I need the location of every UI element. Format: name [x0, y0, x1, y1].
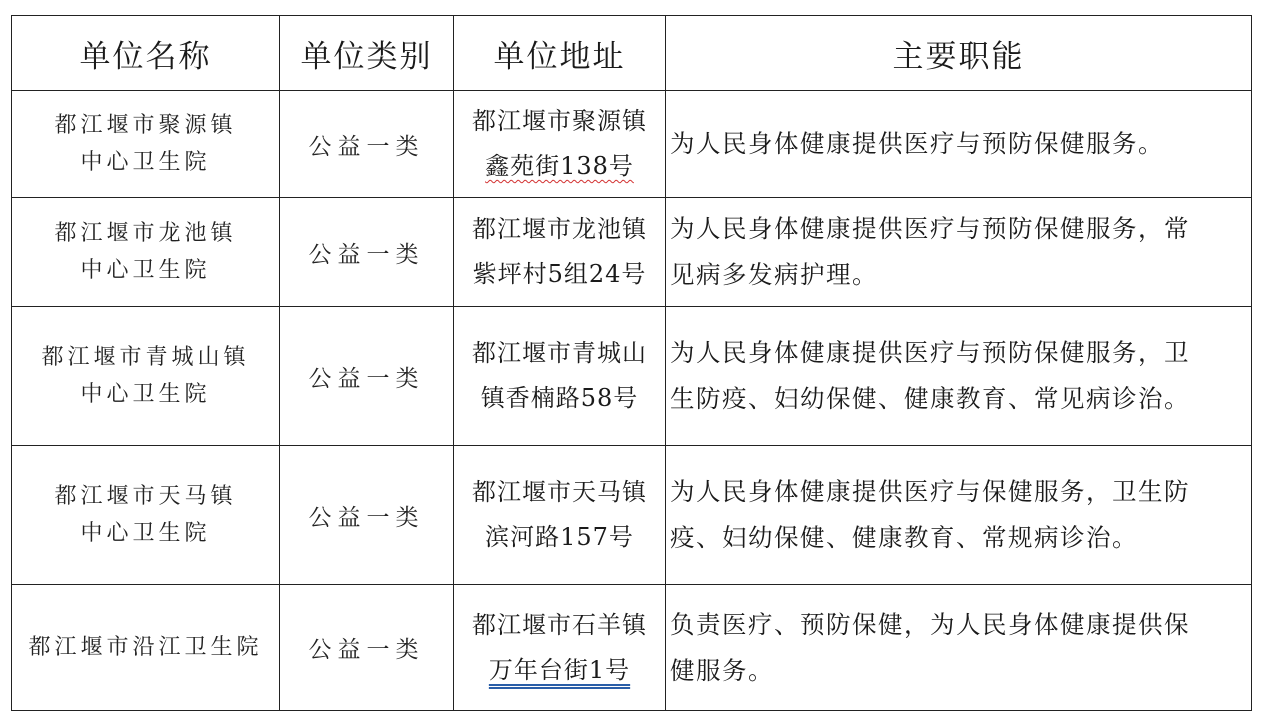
unit-name-line: 中心卫生院	[12, 376, 279, 413]
institutions-table: 单位名称 单位类别 单位地址 主要职能 都江堰市聚源镇 中心卫生院 公益一类 都…	[11, 15, 1252, 711]
unit-name-cell: 都江堰市龙池镇 中心卫生院	[12, 198, 280, 307]
address-line: 都江堰市青城山	[456, 331, 663, 376]
unit-type-cell: 公益一类	[280, 307, 454, 446]
function-line: 负责医疗、预防保健，为人民身体健康提供保	[670, 602, 1247, 648]
unit-name-line: 中心卫生院	[12, 515, 279, 552]
unit-name-line: 中心卫生院	[12, 144, 279, 181]
institutions-table-container: 单位名称 单位类别 单位地址 主要职能 都江堰市聚源镇 中心卫生院 公益一类 都…	[11, 15, 1252, 711]
unit-address-cell: 都江堰市石羊镇 万年台街1号	[454, 585, 666, 711]
function-line: 为人民身体健康提供医疗与预防保健服务，常	[670, 206, 1247, 252]
function-line: 见病多发病护理。	[670, 252, 1247, 298]
unit-name-line: 都江堰市聚源镇	[12, 107, 279, 144]
function-line: 为人民身体健康提供医疗与预防保健服务，卫	[670, 330, 1247, 376]
unit-type-cell: 公益一类	[280, 446, 454, 585]
address-line: 镇香楠路58号	[456, 376, 663, 421]
unit-name-cell: 都江堰市聚源镇 中心卫生院	[12, 91, 280, 198]
unit-name-cell: 都江堰市青城山镇 中心卫生院	[12, 307, 280, 446]
address-line: 鑫苑街138号	[456, 144, 663, 189]
table-row: 都江堰市天马镇 中心卫生院 公益一类 都江堰市天马镇 滨河路157号 为人民身体…	[12, 446, 1252, 585]
grammar-underlined-text[interactable]: 万年台街1号	[489, 656, 630, 684]
address-line: 紫坪村5组24号	[456, 252, 663, 297]
unit-address-cell: 都江堰市青城山 镇香楠路58号	[454, 307, 666, 446]
unit-name-cell: 都江堰市沿江卫生院	[12, 585, 280, 711]
address-line: 都江堰市天马镇	[456, 470, 663, 515]
unit-name-line: 都江堰市沿江卫生院	[12, 629, 279, 666]
table-row: 都江堰市沿江卫生院 公益一类 都江堰市石羊镇 万年台街1号 负责医疗、预防保健，…	[12, 585, 1252, 711]
function-line: 为人民身体健康提供医疗与保健服务，卫生防	[670, 469, 1247, 515]
function-line: 生防疫、妇幼保健、健康教育、常见病诊治。	[670, 376, 1247, 422]
header-main-function: 主要职能	[666, 16, 1252, 91]
unit-type-cell: 公益一类	[280, 198, 454, 307]
table-row: 都江堰市聚源镇 中心卫生院 公益一类 都江堰市聚源镇 鑫苑街138号 为人民身体…	[12, 91, 1252, 198]
function-line: 为人民身体健康提供医疗与预防保健服务。	[670, 121, 1247, 167]
header-unit-address: 单位地址	[454, 16, 666, 91]
main-function-cell: 负责医疗、预防保健，为人民身体健康提供保 健服务。	[666, 585, 1252, 711]
unit-name-line: 都江堰市天马镇	[12, 478, 279, 515]
unit-type-cell: 公益一类	[280, 585, 454, 711]
table-header-row: 单位名称 单位类别 单位地址 主要职能	[12, 16, 1252, 91]
spellcheck-underlined-text[interactable]: 鑫苑街138号	[485, 152, 634, 180]
unit-name-line: 都江堰市龙池镇	[12, 215, 279, 252]
main-function-cell: 为人民身体健康提供医疗与预防保健服务，常 见病多发病护理。	[666, 198, 1252, 307]
main-function-cell: 为人民身体健康提供医疗与预防保健服务，卫 生防疫、妇幼保健、健康教育、常见病诊治…	[666, 307, 1252, 446]
unit-address-cell: 都江堰市聚源镇 鑫苑街138号	[454, 91, 666, 198]
table-row: 都江堰市龙池镇 中心卫生院 公益一类 都江堰市龙池镇 紫坪村5组24号 为人民身…	[12, 198, 1252, 307]
address-line: 都江堰市龙池镇	[456, 207, 663, 252]
unit-type-cell: 公益一类	[280, 91, 454, 198]
unit-address-cell: 都江堰市龙池镇 紫坪村5组24号	[454, 198, 666, 307]
address-line: 都江堰市聚源镇	[456, 99, 663, 144]
unit-address-cell: 都江堰市天马镇 滨河路157号	[454, 446, 666, 585]
main-function-cell: 为人民身体健康提供医疗与预防保健服务。	[666, 91, 1252, 198]
address-line: 万年台街1号	[456, 648, 663, 693]
header-unit-name: 单位名称	[12, 16, 280, 91]
function-line: 疫、妇幼保健、健康教育、常规病诊治。	[670, 515, 1247, 561]
function-line: 健服务。	[670, 648, 1247, 694]
main-function-cell: 为人民身体健康提供医疗与保健服务，卫生防 疫、妇幼保健、健康教育、常规病诊治。	[666, 446, 1252, 585]
header-unit-type: 单位类别	[280, 16, 454, 91]
address-line: 都江堰市石羊镇	[456, 603, 663, 648]
unit-name-cell: 都江堰市天马镇 中心卫生院	[12, 446, 280, 585]
table-row: 都江堰市青城山镇 中心卫生院 公益一类 都江堰市青城山 镇香楠路58号 为人民身…	[12, 307, 1252, 446]
unit-name-line: 都江堰市青城山镇	[12, 339, 279, 376]
address-line: 滨河路157号	[456, 515, 663, 560]
unit-name-line: 中心卫生院	[12, 252, 279, 289]
